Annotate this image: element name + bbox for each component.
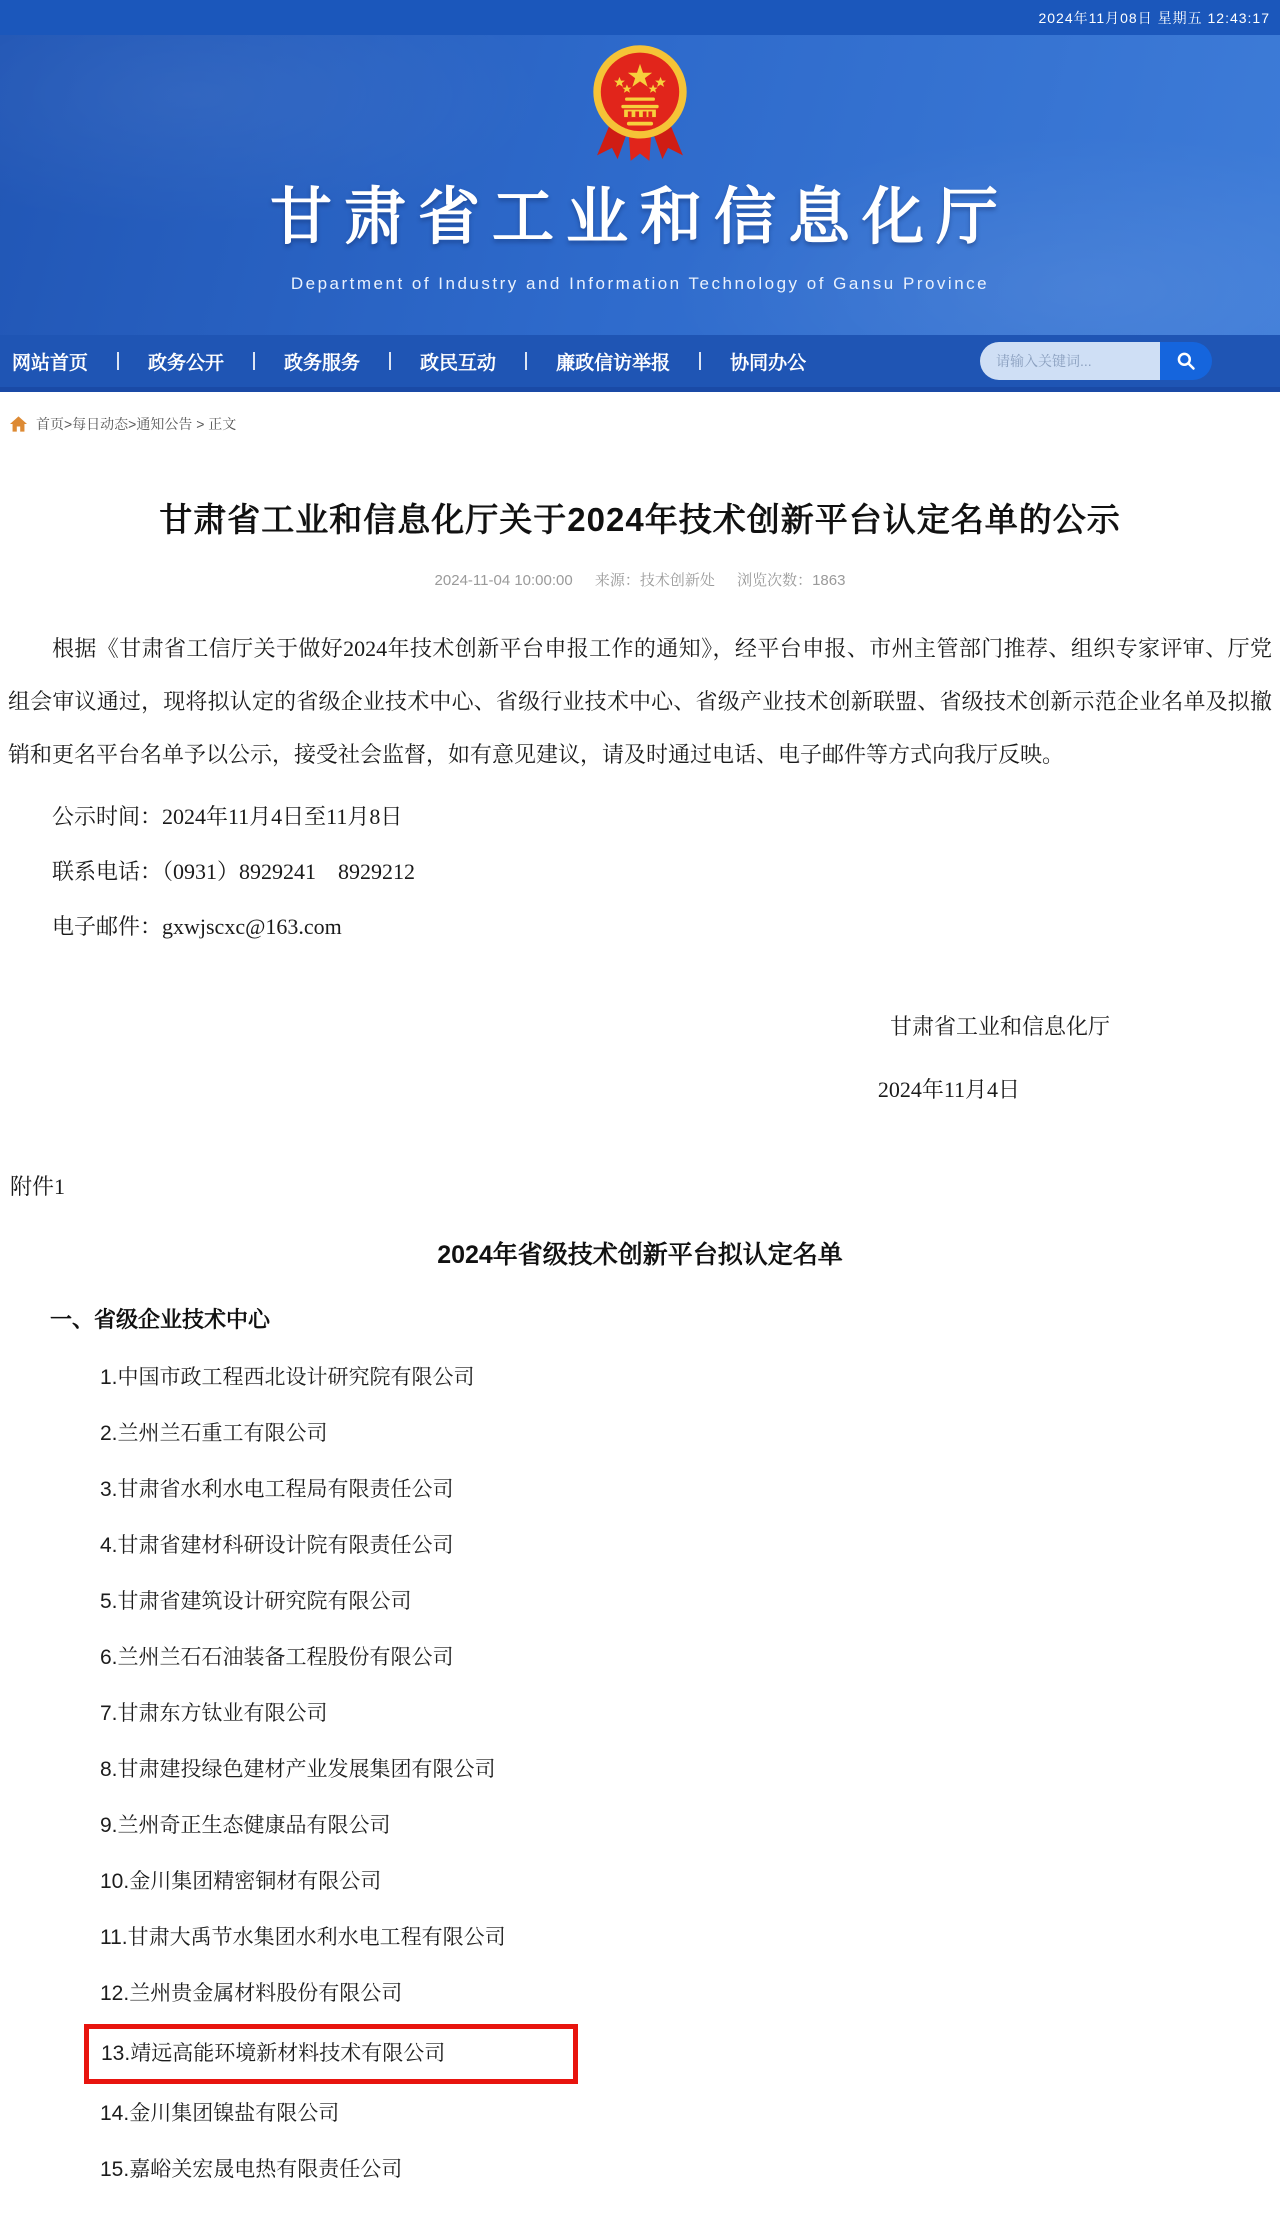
topbar-datetime: 2024年11月08日 星期五 12:43:17 [1038, 8, 1270, 28]
list-item: 12.兰州贵金属材料股份有限公司 [100, 1978, 1280, 2010]
nav-item-6[interactable]: 协同办公 [730, 348, 806, 375]
list-item: 11.甘肃大禹节水集团水利水电工程有限公司 [100, 1922, 1280, 1954]
nav-divider [253, 352, 255, 370]
nav-divider [699, 352, 701, 370]
nav-item-2[interactable]: 政务公开 [148, 348, 224, 375]
nav-divider [117, 352, 119, 370]
contact-line-3: 电子邮件：gxwjscxc@163.com [8, 899, 1272, 954]
site-search [980, 342, 1212, 380]
nav-item-1[interactable]: 网站首页 [12, 348, 88, 375]
article-source: 来源：技术创新处 [595, 572, 715, 589]
nav-divider [389, 352, 391, 370]
national-emblem-icon [0, 43, 1280, 153]
list-item: 14.金川集团镍盐有限公司 [100, 2098, 1280, 2130]
article-title: 甘肃省工业和信息化厅关于2024年技术创新平台认定名单的公示 [0, 494, 1280, 541]
list-item: 8.甘肃建投绿色建材产业发展集团有限公司 [100, 1754, 1280, 1786]
topbar: 2024年11月08日 星期五 12:43:17 [0, 0, 1280, 35]
article: 甘肃省工业和信息化厅关于2024年技术创新平台认定名单的公示 2024-11-0… [0, 494, 1280, 2186]
article-views: 浏览次数：1863 [737, 572, 845, 589]
center-list: 1.中国市政工程西北设计研究院有限公司2.兰州兰石重工有限公司3.甘肃省水利水电… [100, 1362, 1280, 2186]
signature-date: 2024年11月4日 [0, 1073, 1280, 1104]
main-nav: 网站首页政务公开政务服务政民互动廉政信访举报协同办公 [0, 335, 1280, 392]
list-item: 4.甘肃省建材科研设计院有限责任公司 [100, 1530, 1280, 1562]
site-title: 甘肃省工业和信息化厅 [0, 167, 1280, 256]
highlight-box: 13.靖远高能环境新材料技术有限公司 [84, 2024, 578, 2084]
contact-line-2: 联系电话：（0931）8929241 8929212 [8, 844, 1272, 899]
list-item: 1.中国市政工程西北设计研究院有限公司 [100, 1362, 1280, 1394]
attachment-heading: 2024年省级技术创新平台拟认定名单 [0, 1235, 1280, 1271]
list-item: 2.兰州兰石重工有限公司 [100, 1418, 1280, 1450]
attachment-label: 附件1 [10, 1170, 1280, 1201]
search-icon [1176, 351, 1196, 371]
breadcrumb: 首页>每日动态>通知公告 > 正文 [0, 392, 1280, 444]
list-item: 9.兰州奇正生态健康品有限公司 [100, 1810, 1280, 1842]
breadcrumb-path[interactable]: 首页>每日动态>通知公告 > 正文 [36, 414, 236, 434]
home-icon [10, 416, 27, 432]
list-item: 6.兰州兰石石油装备工程股份有限公司 [100, 1642, 1280, 1674]
list-item: 13.靖远高能环境新材料技术有限公司 [101, 2038, 573, 2070]
nav-items: 网站首页政务公开政务服务政民互动廉政信访举报协同办公 [12, 348, 806, 375]
article-meta: 2024-11-04 10:00:00 来源：技术创新处 浏览次数：1863 [0, 569, 1280, 590]
list-item: 3.甘肃省水利水电工程局有限责任公司 [100, 1474, 1280, 1506]
nav-item-3[interactable]: 政务服务 [284, 348, 360, 375]
list-item: 15.嘉峪关宏晟电热有限责任公司 [100, 2154, 1280, 2186]
contact-line-1: 公示时间：2024年11月4日至11月8日 [8, 789, 1272, 844]
signature: 甘肃省工业和信息化厅 2024年11月4日 [0, 1010, 1280, 1104]
article-paragraph: 根据《甘肃省工信厅关于做好2024年技术创新平台申报工作的通知》，经平台申报、市… [8, 622, 1272, 781]
search-input[interactable] [980, 342, 1160, 380]
list-item: 10.金川集团精密铜材有限公司 [100, 1866, 1280, 1898]
nav-item-5[interactable]: 廉政信访举报 [556, 348, 670, 375]
nav-divider [525, 352, 527, 370]
section-title: 一、省级企业技术中心 [50, 1303, 1280, 1334]
search-button[interactable] [1160, 342, 1212, 380]
article-date: 2024-11-04 10:00:00 [435, 572, 573, 589]
site-header: 甘肃省工业和信息化厅 Department of Industry and In… [0, 35, 1280, 335]
list-item: 7.甘肃东方钛业有限公司 [100, 1698, 1280, 1730]
site-subtitle: Department of Industry and Information T… [0, 274, 1280, 294]
list-item: 5.甘肃省建筑设计研究院有限公司 [100, 1586, 1280, 1618]
contact-block: 公示时间：2024年11月4日至11月8日联系电话：（0931）8929241 … [0, 789, 1280, 954]
nav-item-4[interactable]: 政民互动 [420, 348, 496, 375]
signature-org: 甘肃省工业和信息化厅 [0, 1010, 1280, 1041]
